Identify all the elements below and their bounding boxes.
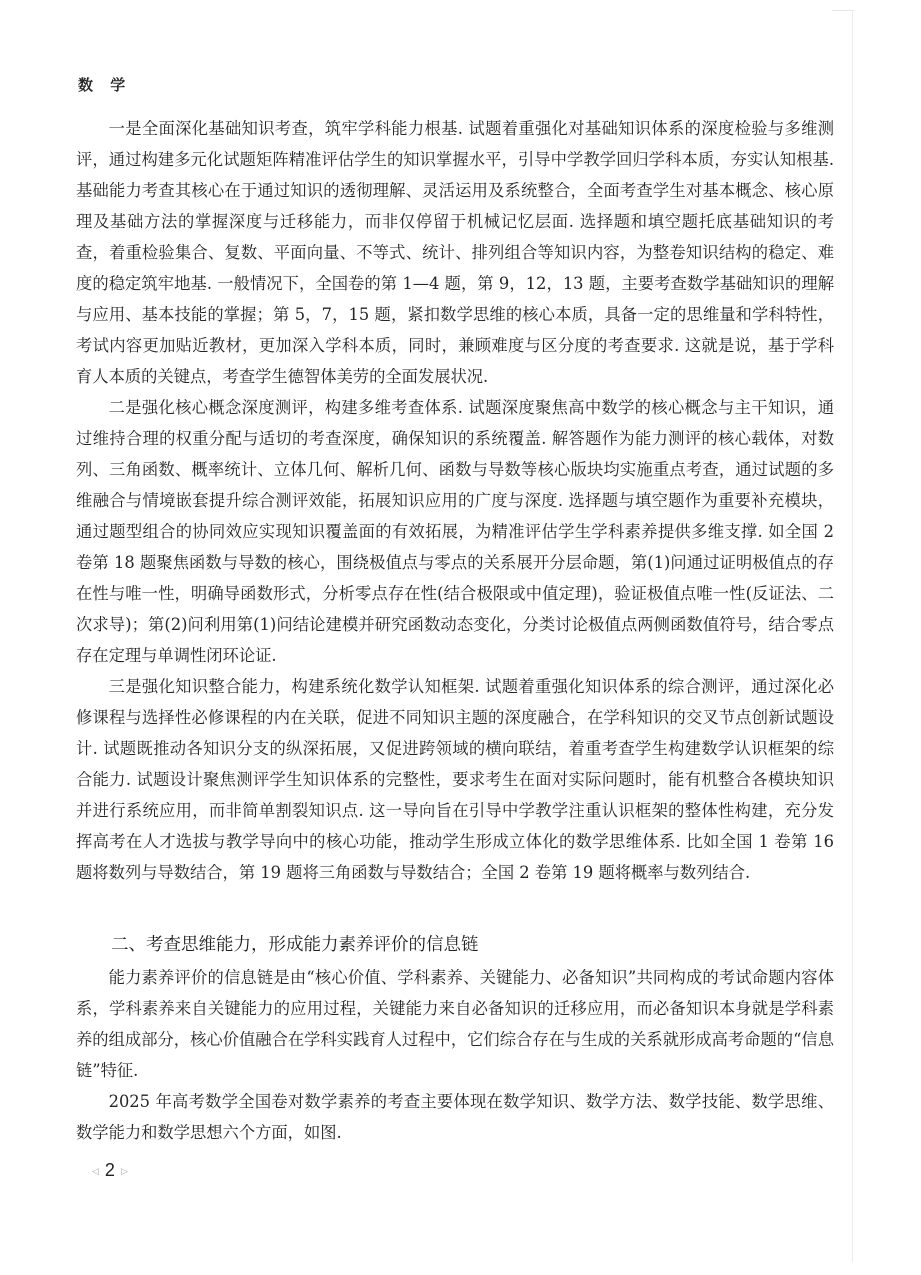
page-deco-right-icon: ▷ bbox=[121, 1166, 128, 1176]
paragraph-math-literacy: 2025 年高考数学全国卷对数学素养的考查主要体现在数学知识、数学方法、数学技能… bbox=[76, 1086, 834, 1148]
running-head: 数 学 bbox=[78, 74, 131, 95]
paragraph-knowledge-integration: 三是强化知识整合能力，构建系统化数学认知框架. 试题着重强化知识体系的综合测评，… bbox=[76, 671, 834, 888]
document-body: 一是全面深化基础知识考查，筑牢学科能力根基. 试题着重强化对基础知识体系的深度检… bbox=[76, 113, 834, 1148]
paragraph-information-chain: 能力素养评价的信息链是由“核心价值、学科素养、关键能力、必备知识”共同构成的考试… bbox=[76, 962, 834, 1086]
paragraph-basic-knowledge: 一是全面深化基础知识考查，筑牢学科能力根基. 试题着重强化对基础知识体系的深度检… bbox=[76, 113, 834, 392]
paragraph-core-concepts: 二是强化核心概念深度测评，构建多维考查体系. 试题深度聚焦高中数学的核心概念与主… bbox=[76, 392, 834, 671]
section-heading: 二、考查思维能力，形成能力素养评价的信息链 bbox=[76, 929, 834, 962]
section-gap bbox=[76, 888, 834, 908]
page-number: ◁2▷ bbox=[86, 1160, 134, 1181]
page-deco-left-icon: ◁ bbox=[92, 1166, 99, 1176]
page-edge-tick bbox=[832, 10, 854, 11]
page-edge-rule bbox=[852, 12, 853, 1262]
page-number-value: 2 bbox=[105, 1160, 115, 1180]
